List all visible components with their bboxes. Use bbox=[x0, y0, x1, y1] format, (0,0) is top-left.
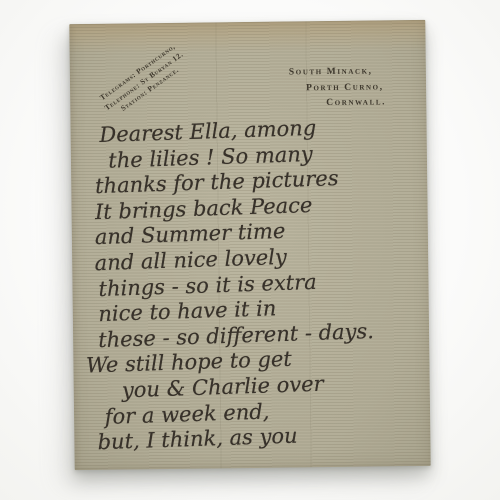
address-line-locality: Porth Curno, bbox=[306, 80, 386, 96]
handwritten-body: Dearest Ella, among the lilies ! So many… bbox=[77, 112, 428, 456]
diagonal-letterhead: Telegrams: Porthcurno, Telephone: St Bur… bbox=[80, 29, 209, 134]
photo-backdrop: Telegrams: Porthcurno, Telephone: St Bur… bbox=[0, 0, 500, 500]
address-line-county: Cornwall. bbox=[326, 95, 386, 111]
address-line-house: South Minack, bbox=[289, 64, 386, 81]
letter-paper: Telegrams: Porthcurno, Telephone: St Bur… bbox=[69, 20, 430, 470]
address-letterhead: South Minack, Porth Curno, Cornwall. bbox=[289, 64, 386, 112]
telephone-line: Telephone: St Buryan 12. bbox=[86, 37, 203, 125]
